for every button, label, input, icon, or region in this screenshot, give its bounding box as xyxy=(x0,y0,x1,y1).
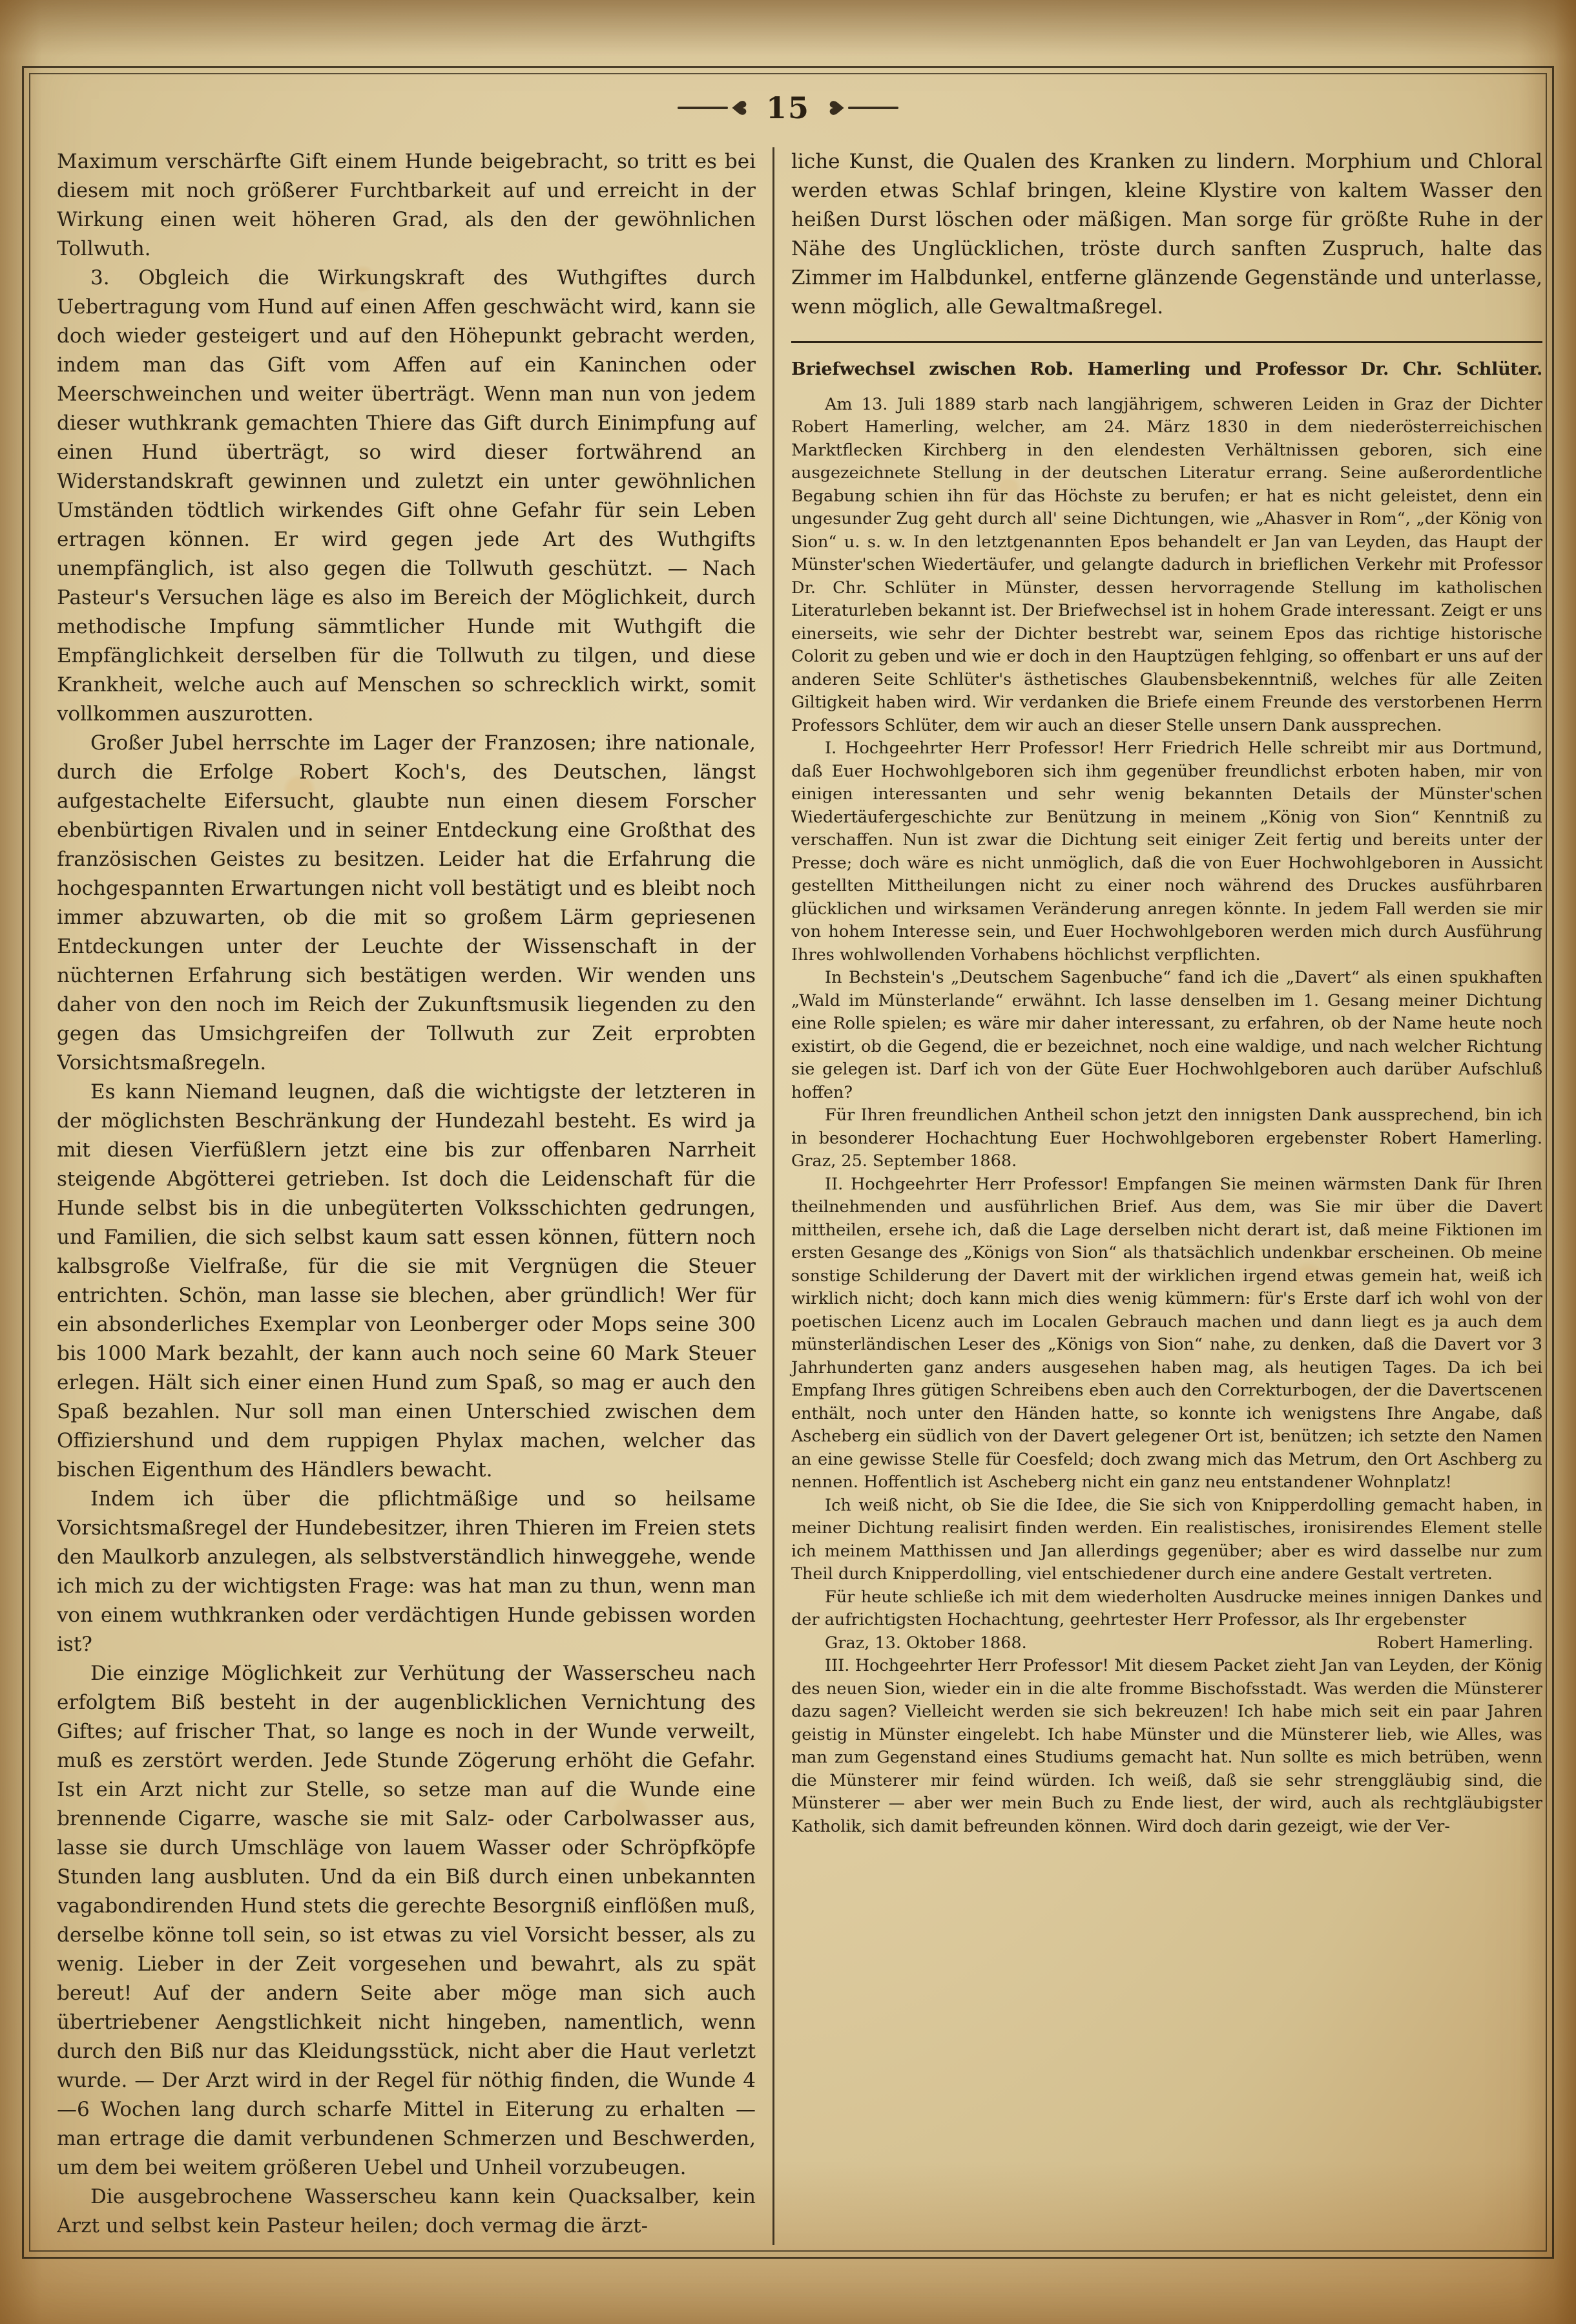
paragraph: Am 13. Juli 1889 starb nach langjährigem… xyxy=(791,393,1542,738)
letters-section: Am 13. Juli 1889 starb nach langjährigem… xyxy=(791,393,1542,1839)
fleuron-left-icon: ♥ xyxy=(678,98,747,118)
letter-signature: Robert Hamerling. xyxy=(1376,1632,1533,1655)
paragraph: Für heute schließe ich mit dem wiederhol… xyxy=(791,1586,1542,1632)
page-number: 15 xyxy=(766,90,810,125)
paragraph: Für Ihren freundlichen Antheil schon jet… xyxy=(791,1104,1542,1173)
paragraph: III. Hochgeehrter Herr Professor! Mit di… xyxy=(791,1655,1542,1838)
page-header: ♥ 15 ♥ xyxy=(0,90,1576,125)
paragraph: Es kann Niemand leugnen, daß die wichtig… xyxy=(57,1078,756,1485)
right-column: liche Kunst, die Qualen des Kranken zu l… xyxy=(791,147,1542,2245)
paragraph: 3. Obgleich die Wirkungskraft des Wuthgi… xyxy=(57,264,756,729)
letter-place-date: Graz, 13. Oktober 1868. xyxy=(825,1632,1027,1655)
paragraph: Die einzige Möglichkeit zur Verhütung de… xyxy=(57,1659,756,2183)
paragraph: Maximum verschärfte Gift einem Hunde bei… xyxy=(57,147,756,264)
paragraph: Die ausgebrochene Wasserscheu kann kein … xyxy=(57,2183,756,2241)
article-continuation-paragraph: liche Kunst, die Qualen des Kranken zu l… xyxy=(791,147,1542,322)
ornament-dash xyxy=(848,107,898,109)
article-headline: Briefwechsel zwischen Rob. Hamerling und… xyxy=(791,359,1542,381)
letter-signature-row: Graz, 13. Oktober 1868.Robert Hamerling. xyxy=(791,1632,1542,1655)
paragraph: In Bechstein's „Deutschem Sagenbuche“ fa… xyxy=(791,967,1542,1104)
section-divider-rule xyxy=(791,341,1542,343)
fleuron-right-icon: ♥ xyxy=(829,98,898,118)
ornament-dash xyxy=(678,107,728,109)
column-divider-rule xyxy=(772,147,774,2245)
page-body: Maximum verschärfte Gift einem Hunde bei… xyxy=(57,147,1542,2245)
paragraph: Ich weiß nicht, ob Sie die Idee, die Sie… xyxy=(791,1494,1542,1586)
heart-fleuron-icon: ♥ xyxy=(828,99,847,117)
scanned-journal-page: { "page": { "number": "15", "ornament_gl… xyxy=(0,0,1576,2324)
left-column: Maximum verschärfte Gift einem Hunde bei… xyxy=(57,147,756,2245)
paragraph: Großer Jubel herrschte im Lager der Fran… xyxy=(57,729,756,1078)
paragraph: Indem ich über die pflichtmäßige und so … xyxy=(57,1485,756,1659)
paragraph: I. Hochgeehrter Herr Professor! Herr Fri… xyxy=(791,737,1542,967)
paragraph: II. Hochgeehrter Herr Professor! Empfang… xyxy=(791,1173,1542,1494)
heart-fleuron-icon: ♥ xyxy=(729,99,748,117)
